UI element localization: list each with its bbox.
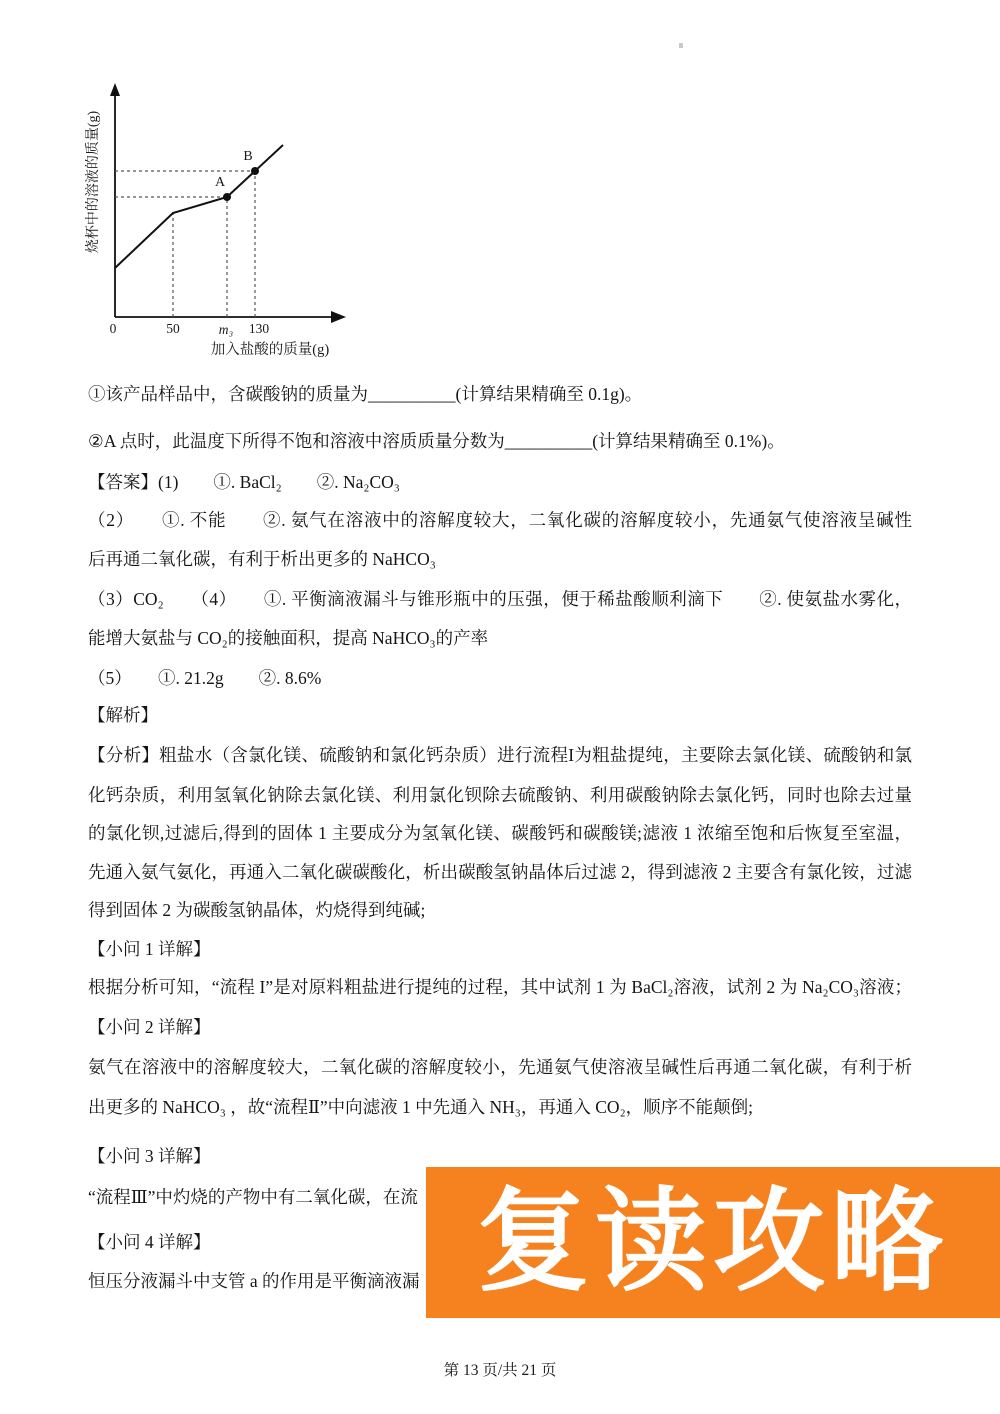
answer-line-2: （2） ①. 不能 ②. 氨气在溶液中的溶解度较大，二氧化碳的溶解度较小，先通氨… [88, 509, 912, 533]
question-line-2: ②A 点时，此温度下所得不饱和溶液中溶质质量分数为__________(计算结果… [88, 430, 912, 454]
answer-line-5: （5） ①. 21.2g ②. 8.6% [88, 667, 912, 691]
point-b-label: B [243, 149, 252, 164]
x-tick-m3: m₃ [219, 322, 234, 337]
exam-paper-page: A B 0 50 m₃ 130 加入盐酸的质量(g) 烧杯中的溶液的质量(g) … [0, 0, 1000, 1414]
point-b-dot [251, 167, 259, 175]
subq1-heading: 【小问 1 详解】 [88, 938, 912, 962]
answer-line-4b: 能增大氨盐与 CO₂的接触面积，提高 NaHCO₃的产率 [88, 627, 912, 651]
analysis-line-2: 化钙杂质，利用氢氧化钠除去氯化镁、利用氯化钡除去硫酸钠、利用碳酸钠除去氯化钙，同… [88, 784, 912, 808]
x-tick-0: 0 [110, 321, 117, 336]
analysis-line-3: 的氯化钡,过滤后,得到的固体 1 主要成分为氢氧化镁、碳酸钙和碳酸镁;滤液 1 … [88, 822, 912, 846]
solution-mass-chart: A B 0 50 m₃ 130 加入盐酸的质量(g) 烧杯中的溶液的质量(g) [85, 82, 365, 374]
watermark-text: 复读攻略 [477, 1167, 949, 1318]
scan-speck [679, 43, 683, 48]
x-axis-arrow-icon [331, 311, 346, 323]
chart-svg: A B 0 50 m₃ 130 加入盐酸的质量(g) 烧杯中的溶液的质量(g) [85, 82, 365, 374]
point-a-dot [223, 193, 231, 201]
subq1-detail: 根据分析可知，“流程 I”是对原料粗盐进行提纯的过程，其中试剂 1 为 BaCl… [88, 976, 912, 1000]
x-tick-50: 50 [166, 321, 180, 336]
subq3-heading: 【小问 3 详解】 [88, 1145, 912, 1169]
question-line-1: ①该产品样品中，含碳酸钠的质量为__________(计算结果精确至 0.1g)… [88, 383, 912, 407]
analysis-heading: 【解析】 [88, 704, 912, 728]
answer-line-3-4: （3）CO₂ （4） ①. 平衡滴液漏斗与锥形瓶中的压强，便于稀盐酸顺利滴下 ②… [88, 588, 912, 612]
data-line [115, 145, 283, 268]
y-axis-title: 烧杯中的溶液的质量(g) [85, 111, 101, 254]
x-tick-130: 130 [249, 321, 270, 336]
analysis-line-4: 先通入氨气氨化，再通入二氧化碳碳酸化，析出碳酸氢钠晶体后过滤 2，得到滤液 2 … [88, 861, 912, 885]
page-number: 第 13 页/共 21 页 [0, 1358, 1000, 1380]
point-a-label: A [215, 175, 226, 190]
subq2-detail-2: 出更多的 NaHCO₃ ，故“流程Ⅱ”中向滤液 1 中先通入 NH₃，再通入 C… [88, 1096, 912, 1120]
subq2-detail-1: 氨气在溶液中的溶解度较大，二氧化碳的溶解度较小，先通氨气使溶液呈碱性后再通二氧化… [88, 1056, 912, 1080]
analysis-line-5: 得到固体 2 为碳酸氢钠晶体，灼烧得到纯碱; [88, 899, 912, 923]
answer-line-2b: 后再通二氧化碳，有利于析出更多的 NaHCO₃ [88, 548, 912, 572]
watermark-banner: 复读攻略 [426, 1167, 1000, 1318]
y-axis-arrow-icon [110, 83, 120, 96]
answer-line-1: 【答案】(1) ①. BaCl₂ ②. Na₂CO₃ [88, 471, 912, 495]
subq2-heading: 【小问 2 详解】 [88, 1016, 912, 1040]
x-axis-title: 加入盐酸的质量(g) [211, 340, 330, 358]
analysis-line-1: 【分析】粗盐水（含氯化镁、硫酸钠和氯化钙杂质）进行流程I为粗盐提纯，主要除去氯化… [88, 744, 912, 768]
